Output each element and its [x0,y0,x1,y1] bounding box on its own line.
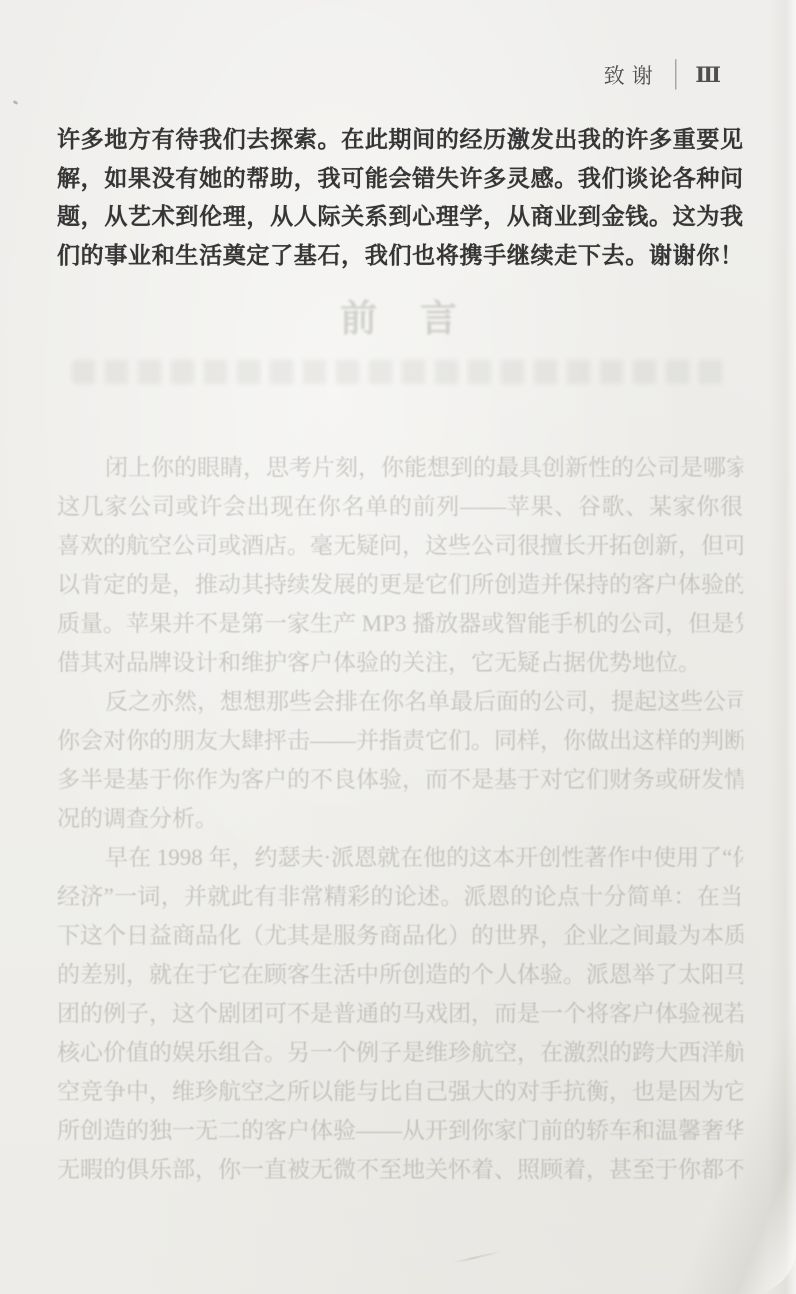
text-line: 质量。苹果并不是第一家生产 MP3 播放器或智能手机的公司，但是凭 [57,604,743,643]
text-line: 团的例子，这个剧团可不是普通的马戏团，而是一个将客户体验视若 [57,994,743,1033]
header-divider: │ [670,61,681,89]
showthrough-smudge [72,360,728,384]
text-line: 们的事业和生活奠定了基石，我们也将携手继续走下去。谢谢你！ [57,237,743,276]
text-line: 下这个日益商品化（尤其是服务商品化）的世界，企业之间最为本质 [57,916,743,955]
text-line: 喜欢的航空公司或酒店。毫无疑问，这些公司很擅长开拓创新，但可 [57,526,743,565]
text-line: 的差别，就在于它在顾客生活中所创造的个人体验。派恩举了太阳马 [57,955,743,994]
text-line: 所创造的独一无二的客户体验——从开到你家门前的轿车和温馨奢华 [57,1111,743,1150]
text-line: 无暇的俱乐部，你一直被无微不至地关怀着、照顾着，甚至于你都不 [57,1150,743,1189]
text-line: 反之亦然，想想那些会排在你名单最后面的公司，提起这些公司， [57,682,743,721]
page-number: Ⅲ [695,62,722,88]
text-line: 经济”一词，并就此有非常精彩的论述。派恩的论点十分简单：在当 [57,877,743,916]
text-line: 核心价值的娱乐组合。另一个例子是维珍航空，在激烈的跨大西洋航 [57,1033,743,1072]
text-line: 题，从艺术到伦理，从人际关系到心理学，从商业到金钱。这为我 [57,198,743,237]
dust-speck [13,100,19,105]
corner-curl-shading [666,994,796,1294]
showthrough-heading: 前 言 [57,288,743,340]
text-line: 况的调查分析。 [57,799,743,838]
book-page: 致谢 │ Ⅲ 许多地方有待我们去探索。在此期间的经历激发出我的许多重要见解，如果… [0,0,796,1294]
text-line: 你会对你的朋友大肆抨击——并指责它们。同样，你做出这样的判断， [57,721,743,760]
showthrough-paragraph: 反之亦然，想想那些会排在你名单最后面的公司，提起这些公司，你会对你的朋友大肆抨击… [57,682,743,838]
showthrough-paragraph: 闭上你的眼睛，思考片刻，你能想到的最具创新性的公司是哪家？这几家公司或许会出现在… [57,448,743,682]
header-section-title: 致谢 [604,60,660,90]
acknowledgements-paragraph: 许多地方有待我们去探索。在此期间的经历激发出我的许多重要见解，如果没有她的帮助，… [57,121,743,275]
page-header: 致谢 │ Ⅲ [604,58,722,92]
text-line: 许多地方有待我们去探索。在此期间的经历激发出我的许多重要见 [57,121,743,160]
text-line: 解，如果没有她的帮助，我可能会错失许多灵感。我们谈论各种问 [57,160,743,199]
text-line: 早在 1998 年，约瑟夫·派恩就在他的这本开创性著作中使用了“体验 [57,838,743,877]
scratch-mark [452,1250,503,1264]
text-line: 借其对品牌设计和维护客户体验的关注，它无疑占据优势地位。 [57,643,743,682]
text-line: 以肯定的是，推动其持续发展的更是它们所创造并保持的客户体验的 [57,565,743,604]
text-line: 空竞争中，维珍航空之所以能与比自己强大的对手抗衡，也是因为它 [57,1072,743,1111]
showthrough-paragraph: 早在 1998 年，约瑟夫·派恩就在他的这本开创性著作中使用了“体验经济”一词，… [57,838,743,1189]
text-line: 闭上你的眼睛，思考片刻，你能想到的最具创新性的公司是哪家？ [57,448,743,487]
text-line: 这几家公司或许会出现在你名单的前列——苹果、谷歌、某家你很 [57,487,743,526]
text-line: 多半是基于你作为客户的不良体验，而不是基于对它们财务或研发情 [57,760,743,799]
showthrough-text-block: 闭上你的眼睛，思考片刻，你能想到的最具创新性的公司是哪家？这几家公司或许会出现在… [57,448,743,1189]
